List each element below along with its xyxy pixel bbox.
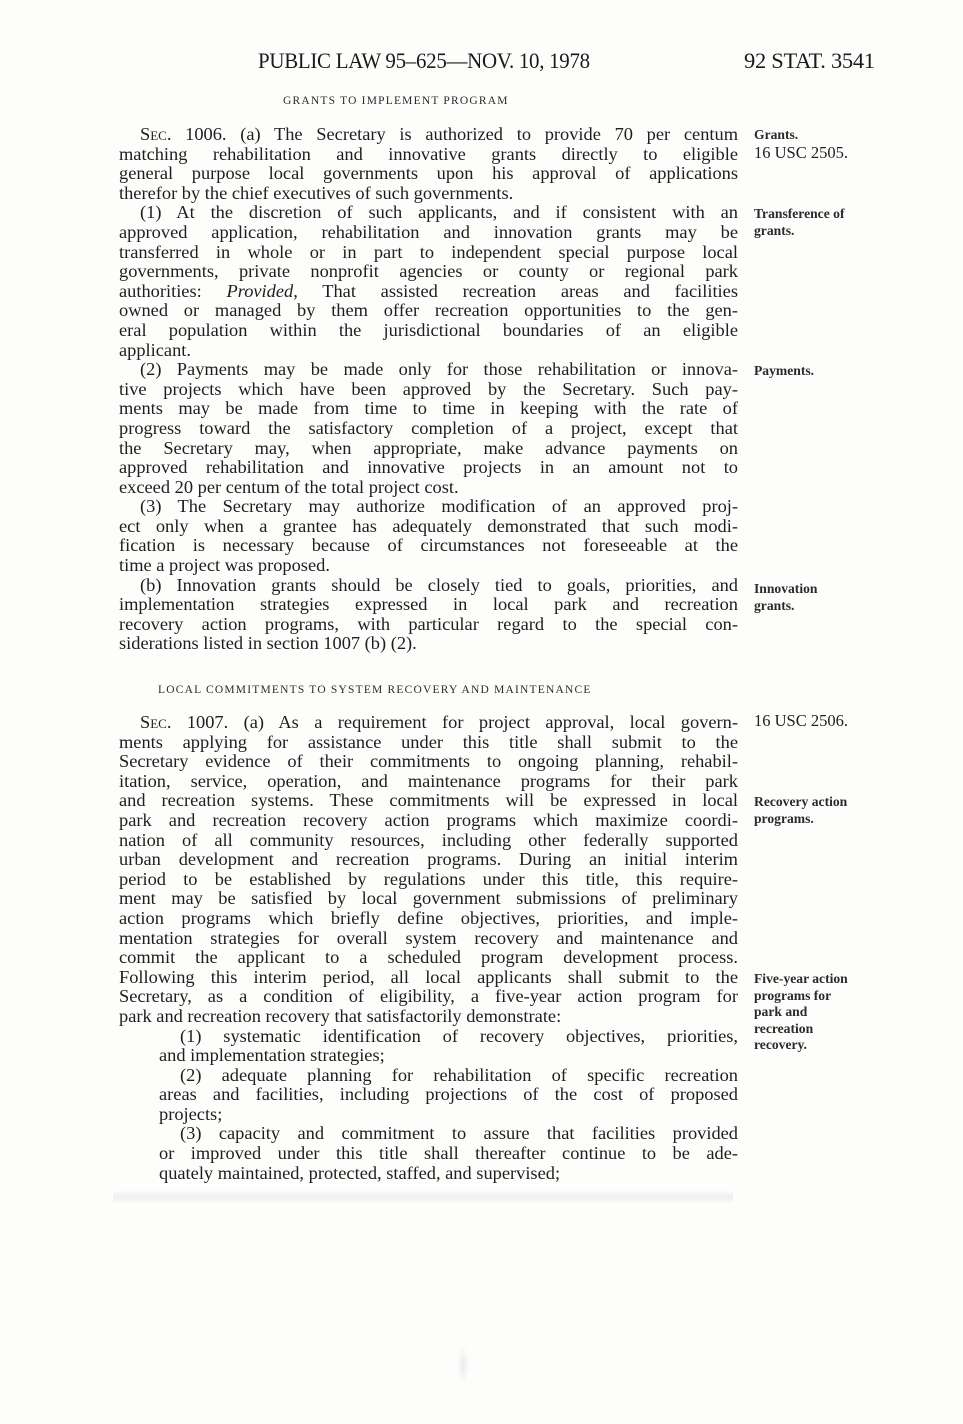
body-line: (3) The Secretary may authorize modifica… xyxy=(119,497,738,517)
sec-label: Sec. xyxy=(140,712,171,732)
body-line: transferred in whole or in part to indep… xyxy=(119,243,738,263)
body-line: (1) At the discretion of such applicants… xyxy=(119,203,738,223)
body-line: ments may be made from time to time in k… xyxy=(119,399,738,419)
body-line: the Secretary may, when appropriate, mak… xyxy=(119,439,738,459)
margin-note-grants: Grants. xyxy=(754,127,798,144)
section-1007-opening-line: Sec. 1007. (a) As a requirement for proj… xyxy=(119,713,738,733)
body-line: Secretary, as a condition of eligibility… xyxy=(119,987,738,1007)
body-line: park and recreation recovery that satisf… xyxy=(119,1007,738,1027)
body-line: ment may be satisfied by local governmen… xyxy=(119,889,738,909)
list-item-3-cont: quately maintained, protected, staffed, … xyxy=(119,1164,738,1184)
body-line: governments, private nonprofit agencies … xyxy=(119,262,738,282)
body-line: ments applying for assistance under this… xyxy=(119,733,738,753)
body-line: mentation strategies for overall system … xyxy=(119,929,738,949)
body-line: siderations listed in section 1007 (b) (… xyxy=(119,634,738,654)
margin-note-recovery-action-programs: Recovery action programs. xyxy=(754,794,847,827)
margin-note-usc-2505: 16 USC 2505. xyxy=(754,143,848,162)
running-head: PUBLIC LAW 95–625—NOV. 10, 1978 92 STAT.… xyxy=(258,48,615,74)
body-line: Secretary evidence of their commitments … xyxy=(119,752,738,772)
body-line: fication is necessary because of circums… xyxy=(119,536,738,556)
stat-citation: 92 STAT. 3541 xyxy=(744,48,875,74)
body-line: action programs which briefly define obj… xyxy=(119,909,738,929)
margin-note-transference-of-grants: Transference of grants. xyxy=(754,206,844,239)
body-line: therefor by the chief executives of such… xyxy=(119,184,738,204)
body-line: period to be established by regulations … xyxy=(119,870,738,890)
scan-artifact xyxy=(457,1345,469,1385)
margin-note-payments: Payments. xyxy=(754,363,814,380)
body-line: and recreation systems. These commitment… xyxy=(119,791,738,811)
body-line: recovery action programs, with particula… xyxy=(119,615,738,635)
body-line: time a project was proposed. xyxy=(119,556,738,576)
body-line: exceed 20 per centum of the total projec… xyxy=(119,478,738,498)
body-line: progress toward the satisfactory complet… xyxy=(119,419,738,439)
body-line: eral population within the jurisdictiona… xyxy=(119,321,738,341)
body-line: applicant. xyxy=(119,341,738,361)
list-item-1-cont: and implementation strategies; xyxy=(119,1046,738,1066)
sec-label: Sec. xyxy=(140,124,171,144)
body-line: approved application, rehabilitation and… xyxy=(119,223,738,243)
body-line: park and recreation recovery action prog… xyxy=(119,811,738,831)
body-line: (2) Payments may be made only for those … xyxy=(119,360,738,380)
list-item-2-cont: projects; xyxy=(119,1105,738,1125)
running-head-title: PUBLIC LAW 95–625—NOV. 10, 1978 xyxy=(258,48,590,74)
list-item-3: (3) capacity and commitment to assure th… xyxy=(119,1124,738,1144)
body-line: ect only when a grantee has adequately d… xyxy=(119,517,738,537)
section-heading-grants: GRANTS TO IMPLEMENT PROGRAM xyxy=(283,95,509,107)
bleed-through-text xyxy=(113,1190,733,1204)
body-line: (b) Innovation grants should be closely … xyxy=(119,576,738,596)
document-page: PUBLIC LAW 95–625—NOV. 10, 1978 92 STAT.… xyxy=(0,0,963,1424)
margin-note-usc-2506: 16 USC 2506. xyxy=(754,711,848,730)
section-1006-opening-line: Sec. 1006. (a) The Secretary is authoriz… xyxy=(119,125,738,145)
body-line: urban development and recreation program… xyxy=(119,850,738,870)
list-item-3-cont: or improved under this title shall there… xyxy=(119,1144,738,1164)
list-item-2-cont: areas and facilities, including projecti… xyxy=(119,1085,738,1105)
body-line: Following this interim period, all local… xyxy=(119,968,738,988)
margin-note-innovation-grants: Innovation grants. xyxy=(754,581,817,614)
list-item-1: (1) systematic identification of recover… xyxy=(119,1027,738,1047)
list-item-2: (2) adequate planning for rehabilitation… xyxy=(119,1066,738,1086)
margin-note-five-year-action-programs: Five-year action programs for park and r… xyxy=(754,971,848,1054)
body-line: commit the applicant to a scheduled prog… xyxy=(119,948,738,968)
section-1006-body: Sec. 1006. (a) The Secretary is authoriz… xyxy=(119,125,738,654)
body-line: owned or managed by them offer recreatio… xyxy=(119,301,738,321)
body-line-provided: authorities: Provided, That assisted rec… xyxy=(119,282,738,302)
body-line: tive projects which have been approved b… xyxy=(119,380,738,400)
section-1007-body: Sec. 1007. (a) As a requirement for proj… xyxy=(119,713,738,1183)
body-line: approved rehabilitation and innovative p… xyxy=(119,458,738,478)
body-line: matching rehabilitation and innovative g… xyxy=(119,145,738,165)
body-line: nation of all community resources, inclu… xyxy=(119,831,738,851)
provided-italic: Provided xyxy=(226,281,293,301)
body-line: implementation strategies expressed in l… xyxy=(119,595,738,615)
body-line: itation, service, operation, and mainten… xyxy=(119,772,738,792)
body-line: general purpose local governments upon h… xyxy=(119,164,738,184)
section-heading-local-commitments: LOCAL COMMITMENTS TO SYSTEM RECOVERY AND… xyxy=(158,684,592,696)
